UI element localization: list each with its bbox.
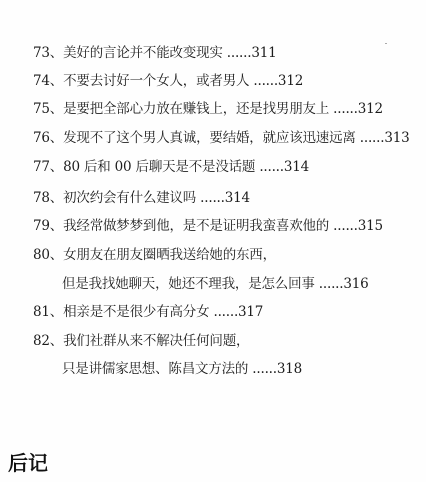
toc-entry-74: 74、不要去讨好一个女人，或者男人 ......312 xyxy=(33,73,303,89)
toc-entry-82-continuation: 只是讲儒家思想、陈昌文方法的 ......318 xyxy=(62,361,302,377)
toc-entry-77: 77、80 后和 00 后聊天是不是没话题 ......314 xyxy=(33,159,309,175)
entry-number: 76、 xyxy=(33,130,63,146)
entry-title: 初次约会有什么建议吗 ......314 xyxy=(63,190,250,206)
entry-title: 我们社群从来不解决任何问题， xyxy=(63,333,249,349)
entry-number: 82、 xyxy=(33,333,63,349)
entry-title: 是要把全部心力放在赚钱上，还是找男朋友上 ......312 xyxy=(63,101,383,117)
entry-title: 不要去讨好一个女人，或者男人 ......312 xyxy=(63,73,303,89)
entry-title: 相亲是不是很少有高分女 ......317 xyxy=(63,304,263,320)
entry-number: 78、 xyxy=(33,190,63,206)
scan-speck xyxy=(385,43,387,44)
entry-number: 73、 xyxy=(33,45,63,61)
entry-number: 81、 xyxy=(33,304,63,320)
toc-entry-78: 78、初次约会有什么建议吗 ......314 xyxy=(33,190,250,206)
entry-title: 80 后和 00 后聊天是不是没话题 ......314 xyxy=(63,159,309,175)
entry-number: 79、 xyxy=(33,218,63,234)
entry-title: 发现不了这个男人真诚，要结婚，就应该迅速远离 ......313 xyxy=(63,130,409,146)
toc-entry-82: 82、我们社群从来不解决任何问题， xyxy=(33,333,249,349)
entry-title: 美好的言论并不能改变现实 ......311 xyxy=(63,45,276,61)
entry-number: 80、 xyxy=(33,247,63,263)
toc-entry-73: 73、美好的言论并不能改变现实 ......311 xyxy=(33,45,277,61)
toc-entry-81: 81、相亲是不是很少有高分女 ......317 xyxy=(33,304,263,320)
entry-title: 女朋友在朋友圈晒我送给她的东西， xyxy=(63,247,276,263)
entry-number: 77、 xyxy=(33,159,63,175)
toc-entry-80-continuation: 但是我找她聊天，她还不理我，是怎么回事 ......316 xyxy=(62,276,369,292)
toc-entry-76: 76、发现不了这个男人真诚，要结婚，就应该迅速远离 ......313 xyxy=(33,130,410,146)
toc-entry-80: 80、女朋友在朋友圈晒我送给她的东西， xyxy=(33,247,276,263)
entry-number: 74、 xyxy=(33,73,63,89)
entry-title: 我经常做梦梦到他，是不是证明我蛮喜欢他的 ......315 xyxy=(63,218,383,234)
toc-entry-75: 75、是要把全部心力放在赚钱上，还是找男朋友上 ......312 xyxy=(33,101,383,117)
entry-number: 75、 xyxy=(33,101,63,117)
section-heading-afterword: 后记 xyxy=(8,447,48,476)
toc-entry-79: 79、我经常做梦梦到他，是不是证明我蛮喜欢他的 ......315 xyxy=(33,218,383,234)
